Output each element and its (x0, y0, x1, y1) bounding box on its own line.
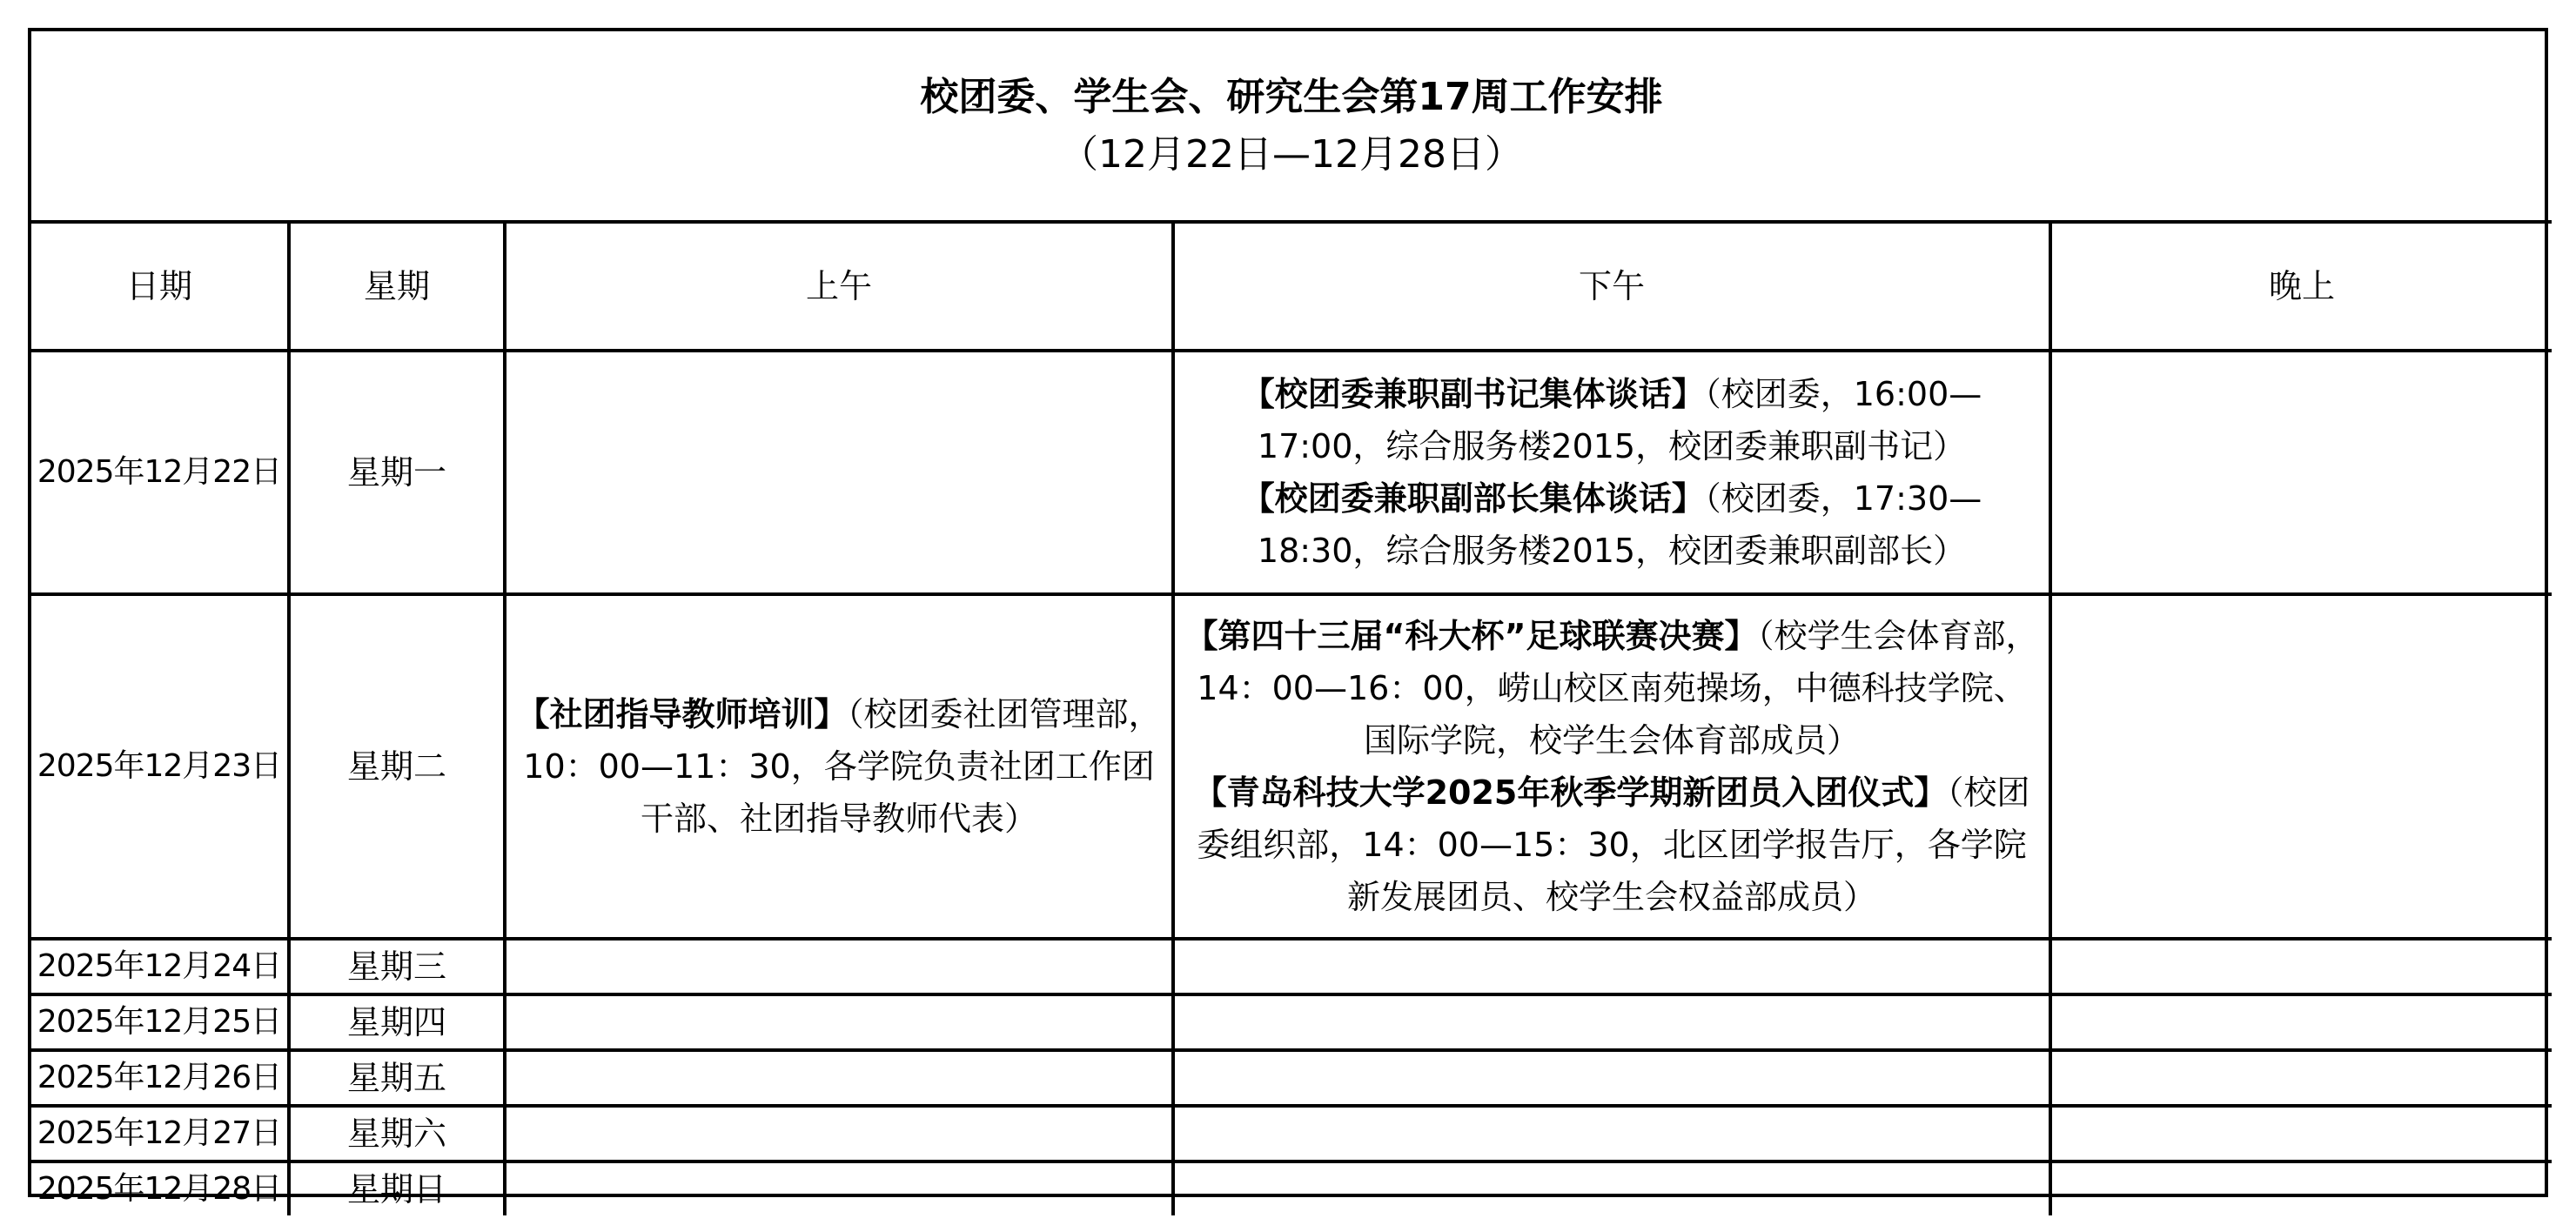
event-title: 【校团委兼职副书记集体谈话】 (1242, 375, 1705, 413)
weekday-cell: 星期六 (289, 1106, 505, 1161)
afternoon-cell (1173, 1161, 2050, 1215)
afternoon-cell (1173, 939, 2050, 994)
morning-cell: 【社团指导教师培训】（校团委社团管理部，10：00—11：30，各学院负责社团工… (505, 594, 1173, 939)
weekday-cell: 星期日 (289, 1161, 505, 1215)
afternoon-cell (1173, 994, 2050, 1050)
column-header-evening: 晚上 (2050, 222, 2552, 351)
morning-cell (505, 994, 1173, 1050)
column-header-date: 日期 (31, 222, 289, 351)
afternoon-cell: 【校团委兼职副书记集体谈话】（校团委，16:00—17:00，综合服务楼2015… (1173, 351, 2050, 594)
table-row: 2025年12月23日 星期二 【社团指导教师培训】（校团委社团管理部，10：0… (31, 594, 2552, 939)
event-title: 【青岛科技大学2025年秋季学期新团员入团仪式】 (1194, 773, 1948, 812)
evening-cell (2050, 1106, 2552, 1161)
weekday-cell: 星期二 (289, 594, 505, 939)
table-row: 2025年12月22日 星期一 【校团委兼职副书记集体谈话】（校团委，16:00… (31, 351, 2552, 594)
column-header-weekday: 星期 (289, 222, 505, 351)
date-cell: 2025年12月23日 (31, 594, 289, 939)
evening-cell (2050, 994, 2552, 1050)
schedule-sheet: 校团委、学生会、研究生会第17周工作安排 （12月22日—12月28日） 日期 … (28, 28, 2548, 1197)
title-cell: 校团委、学生会、研究生会第17周工作安排 （12月22日—12月28日） (31, 31, 2552, 222)
column-header-afternoon: 下午 (1173, 222, 2050, 351)
table-row: 2025年12月27日 星期六 (31, 1106, 2552, 1161)
evening-cell (2050, 1050, 2552, 1106)
date-cell: 2025年12月26日 (31, 1050, 289, 1106)
event-title: 【第四十三届“科大杯”足球联赛决赛】 (1185, 617, 1758, 655)
morning-cell (505, 939, 1173, 994)
weekday-cell: 星期四 (289, 994, 505, 1050)
date-cell: 2025年12月25日 (31, 994, 289, 1050)
page-title: 校团委、学生会、研究生会第17周工作安排 (40, 69, 2543, 126)
morning-cell (505, 1161, 1173, 1215)
morning-cell (505, 351, 1173, 594)
date-cell: 2025年12月22日 (31, 351, 289, 594)
table-row: 2025年12月24日 星期三 (31, 939, 2552, 994)
event-title: 【社团指导教师培训】 (516, 695, 847, 733)
table-row: 2025年12月28日 星期日 (31, 1161, 2552, 1215)
afternoon-cell: 【第四十三届“科大杯”足球联赛决赛】（校学生会体育部，14：00—16：00，崂… (1173, 594, 2050, 939)
morning-cell (505, 1106, 1173, 1161)
date-cell: 2025年12月28日 (31, 1161, 289, 1215)
schedule-table: 校团委、学生会、研究生会第17周工作安排 （12月22日—12月28日） 日期 … (31, 31, 2552, 1215)
date-range-subtitle: （12月22日—12月28日） (40, 126, 2543, 184)
evening-cell (2050, 351, 2552, 594)
evening-cell (2050, 594, 2552, 939)
table-row: 2025年12月26日 星期五 (31, 1050, 2552, 1106)
evening-cell (2050, 939, 2552, 994)
weekday-cell: 星期三 (289, 939, 505, 994)
table-row: 2025年12月25日 星期四 (31, 994, 2552, 1050)
weekday-cell: 星期五 (289, 1050, 505, 1106)
evening-cell (2050, 1161, 2552, 1215)
date-cell: 2025年12月27日 (31, 1106, 289, 1161)
event-title: 【校团委兼职副部长集体谈话】 (1242, 479, 1705, 518)
date-cell: 2025年12月24日 (31, 939, 289, 994)
afternoon-cell (1173, 1106, 2050, 1161)
morning-cell (505, 1050, 1173, 1106)
weekday-cell: 星期一 (289, 351, 505, 594)
afternoon-cell (1173, 1050, 2050, 1106)
column-header-morning: 上午 (505, 222, 1173, 351)
header-row: 日期 星期 上午 下午 晚上 (31, 222, 2552, 351)
